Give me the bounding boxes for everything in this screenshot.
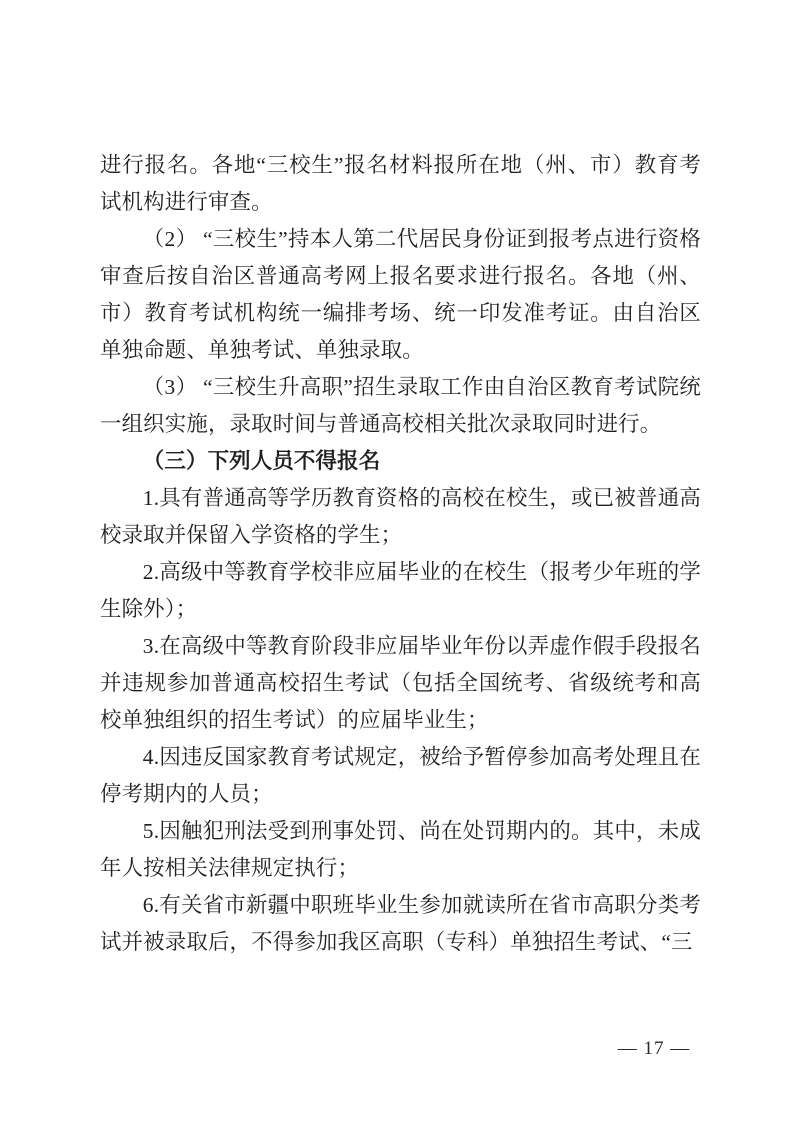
list-item-6: 6.有关省市新疆中职班毕业生参加就读所在省市高职分类考试并被录取后，不得参加我区…: [100, 887, 701, 961]
paragraph-item-3: （3） “三校生升高职”招生录取工作由自治区教育考试院统一组织实施，录取时间与普…: [100, 369, 701, 443]
list-item-1: 1.具有普通高等学历教育资格的高校在校生，或已被普通高校录取并保留入学资格的学生…: [100, 480, 701, 554]
list-item-2: 2.高级中等教育学校非应届毕业的在校生（报考少年班的学生除外）；: [100, 554, 701, 628]
list-item-4: 4.因违反国家教育考试规定，被给予暂停参加高考处理且在停考期内的人员；: [100, 739, 701, 813]
paragraph-item-2: （2） “三校生”持本人第二代居民身份证到报考点进行资格审查后按自治区普通高考网…: [100, 221, 701, 369]
section-heading: （三）下列人员不得报名: [100, 443, 701, 480]
list-item-3: 3.在高级中等教育阶段非应届毕业年份以弄虚作假手段报名并违规参加普通高校招生考试…: [100, 628, 701, 739]
page-number: — 17 —: [598, 1038, 710, 1060]
list-item-5: 5.因触犯刑法受到刑事处罚、尚在处罚期内的。其中，未成年人按相关法律规定执行；: [100, 813, 701, 887]
document-page: 进行报名。各地“三校生”报名材料报所在地（州、市）教育考试机构进行审查。 （2）…: [0, 0, 793, 1122]
paragraph-continuation: 进行报名。各地“三校生”报名材料报所在地（州、市）教育考试机构进行审查。: [100, 147, 701, 221]
page-content: 进行报名。各地“三校生”报名材料报所在地（州、市）教育考试机构进行审查。 （2）…: [100, 147, 701, 961]
